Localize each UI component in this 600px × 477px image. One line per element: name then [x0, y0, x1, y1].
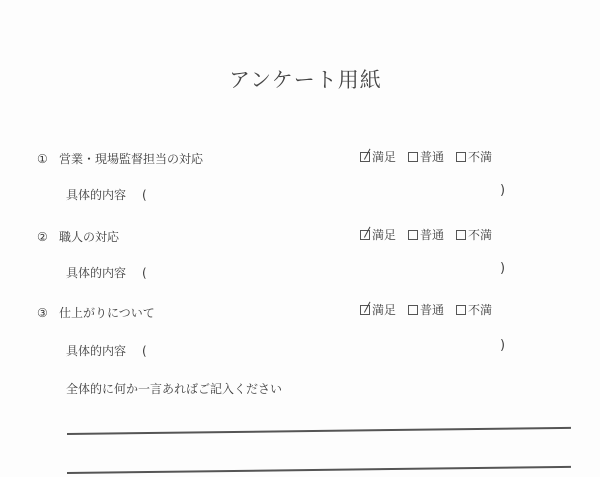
- open-paren: (: [142, 266, 147, 280]
- question-1-options: 満足 普通 不満: [360, 148, 492, 165]
- checkbox-checked-icon[interactable]: [360, 230, 370, 240]
- option-label: 満足: [372, 148, 396, 165]
- question-3: ③仕上がりについて: [37, 304, 155, 321]
- option-label: 普通: [420, 148, 444, 165]
- question-3-detail[interactable]: 具体的内容(: [66, 342, 147, 359]
- question-number: ③: [37, 306, 59, 320]
- question-3-options: 満足 普通 不満: [360, 301, 492, 318]
- option-satisfied[interactable]: 満足: [360, 301, 396, 318]
- open-paren: (: [142, 188, 147, 202]
- comment-line-1[interactable]: [67, 427, 571, 435]
- option-dissatisfied[interactable]: 不満: [456, 148, 492, 165]
- close-paren: ): [500, 338, 505, 353]
- close-paren: ): [500, 183, 505, 198]
- detail-label: 具体的内容: [66, 266, 126, 280]
- question-number: ②: [37, 230, 59, 244]
- detail-label: 具体的内容: [66, 344, 126, 358]
- page-title: アンケート用紙: [229, 64, 382, 94]
- checkbox-icon[interactable]: [408, 305, 418, 315]
- question-2-detail[interactable]: 具体的内容(: [66, 264, 147, 281]
- option-satisfied[interactable]: 満足: [360, 226, 396, 243]
- close-paren: ): [500, 261, 505, 276]
- question-number: ①: [37, 152, 59, 166]
- checkbox-icon[interactable]: [456, 305, 466, 315]
- detail-label: 具体的内容: [66, 188, 126, 202]
- option-label: 不満: [468, 301, 492, 318]
- option-normal[interactable]: 普通: [408, 226, 444, 243]
- option-satisfied[interactable]: 満足: [360, 148, 396, 165]
- question-1: ①営業・現場監督担当の対応: [37, 150, 203, 167]
- option-normal[interactable]: 普通: [408, 301, 444, 318]
- question-label: 職人の対応: [59, 230, 119, 244]
- option-label: 不満: [468, 148, 492, 165]
- option-normal[interactable]: 普通: [408, 148, 444, 165]
- option-dissatisfied[interactable]: 不満: [456, 301, 492, 318]
- comment-line-2[interactable]: [67, 466, 571, 474]
- checkbox-checked-icon[interactable]: [360, 305, 370, 315]
- option-dissatisfied[interactable]: 不満: [456, 226, 492, 243]
- comment-prompt: 全体的に何か一言あればご記入ください: [66, 380, 282, 397]
- question-label: 仕上がりについて: [59, 306, 155, 320]
- question-2: ②職人の対応: [37, 228, 119, 245]
- option-label: 不満: [468, 226, 492, 243]
- option-label: 普通: [420, 301, 444, 318]
- checkbox-icon[interactable]: [408, 152, 418, 162]
- question-label: 営業・現場監督担当の対応: [59, 152, 203, 166]
- option-label: 満足: [372, 301, 396, 318]
- checkbox-icon[interactable]: [456, 230, 466, 240]
- question-1-detail[interactable]: 具体的内容(: [66, 186, 147, 203]
- checkbox-icon[interactable]: [408, 230, 418, 240]
- open-paren: (: [142, 344, 147, 358]
- option-label: 普通: [420, 226, 444, 243]
- checkbox-checked-icon[interactable]: [360, 152, 370, 162]
- question-2-options: 満足 普通 不満: [360, 226, 492, 243]
- checkbox-icon[interactable]: [456, 152, 466, 162]
- option-label: 満足: [372, 226, 396, 243]
